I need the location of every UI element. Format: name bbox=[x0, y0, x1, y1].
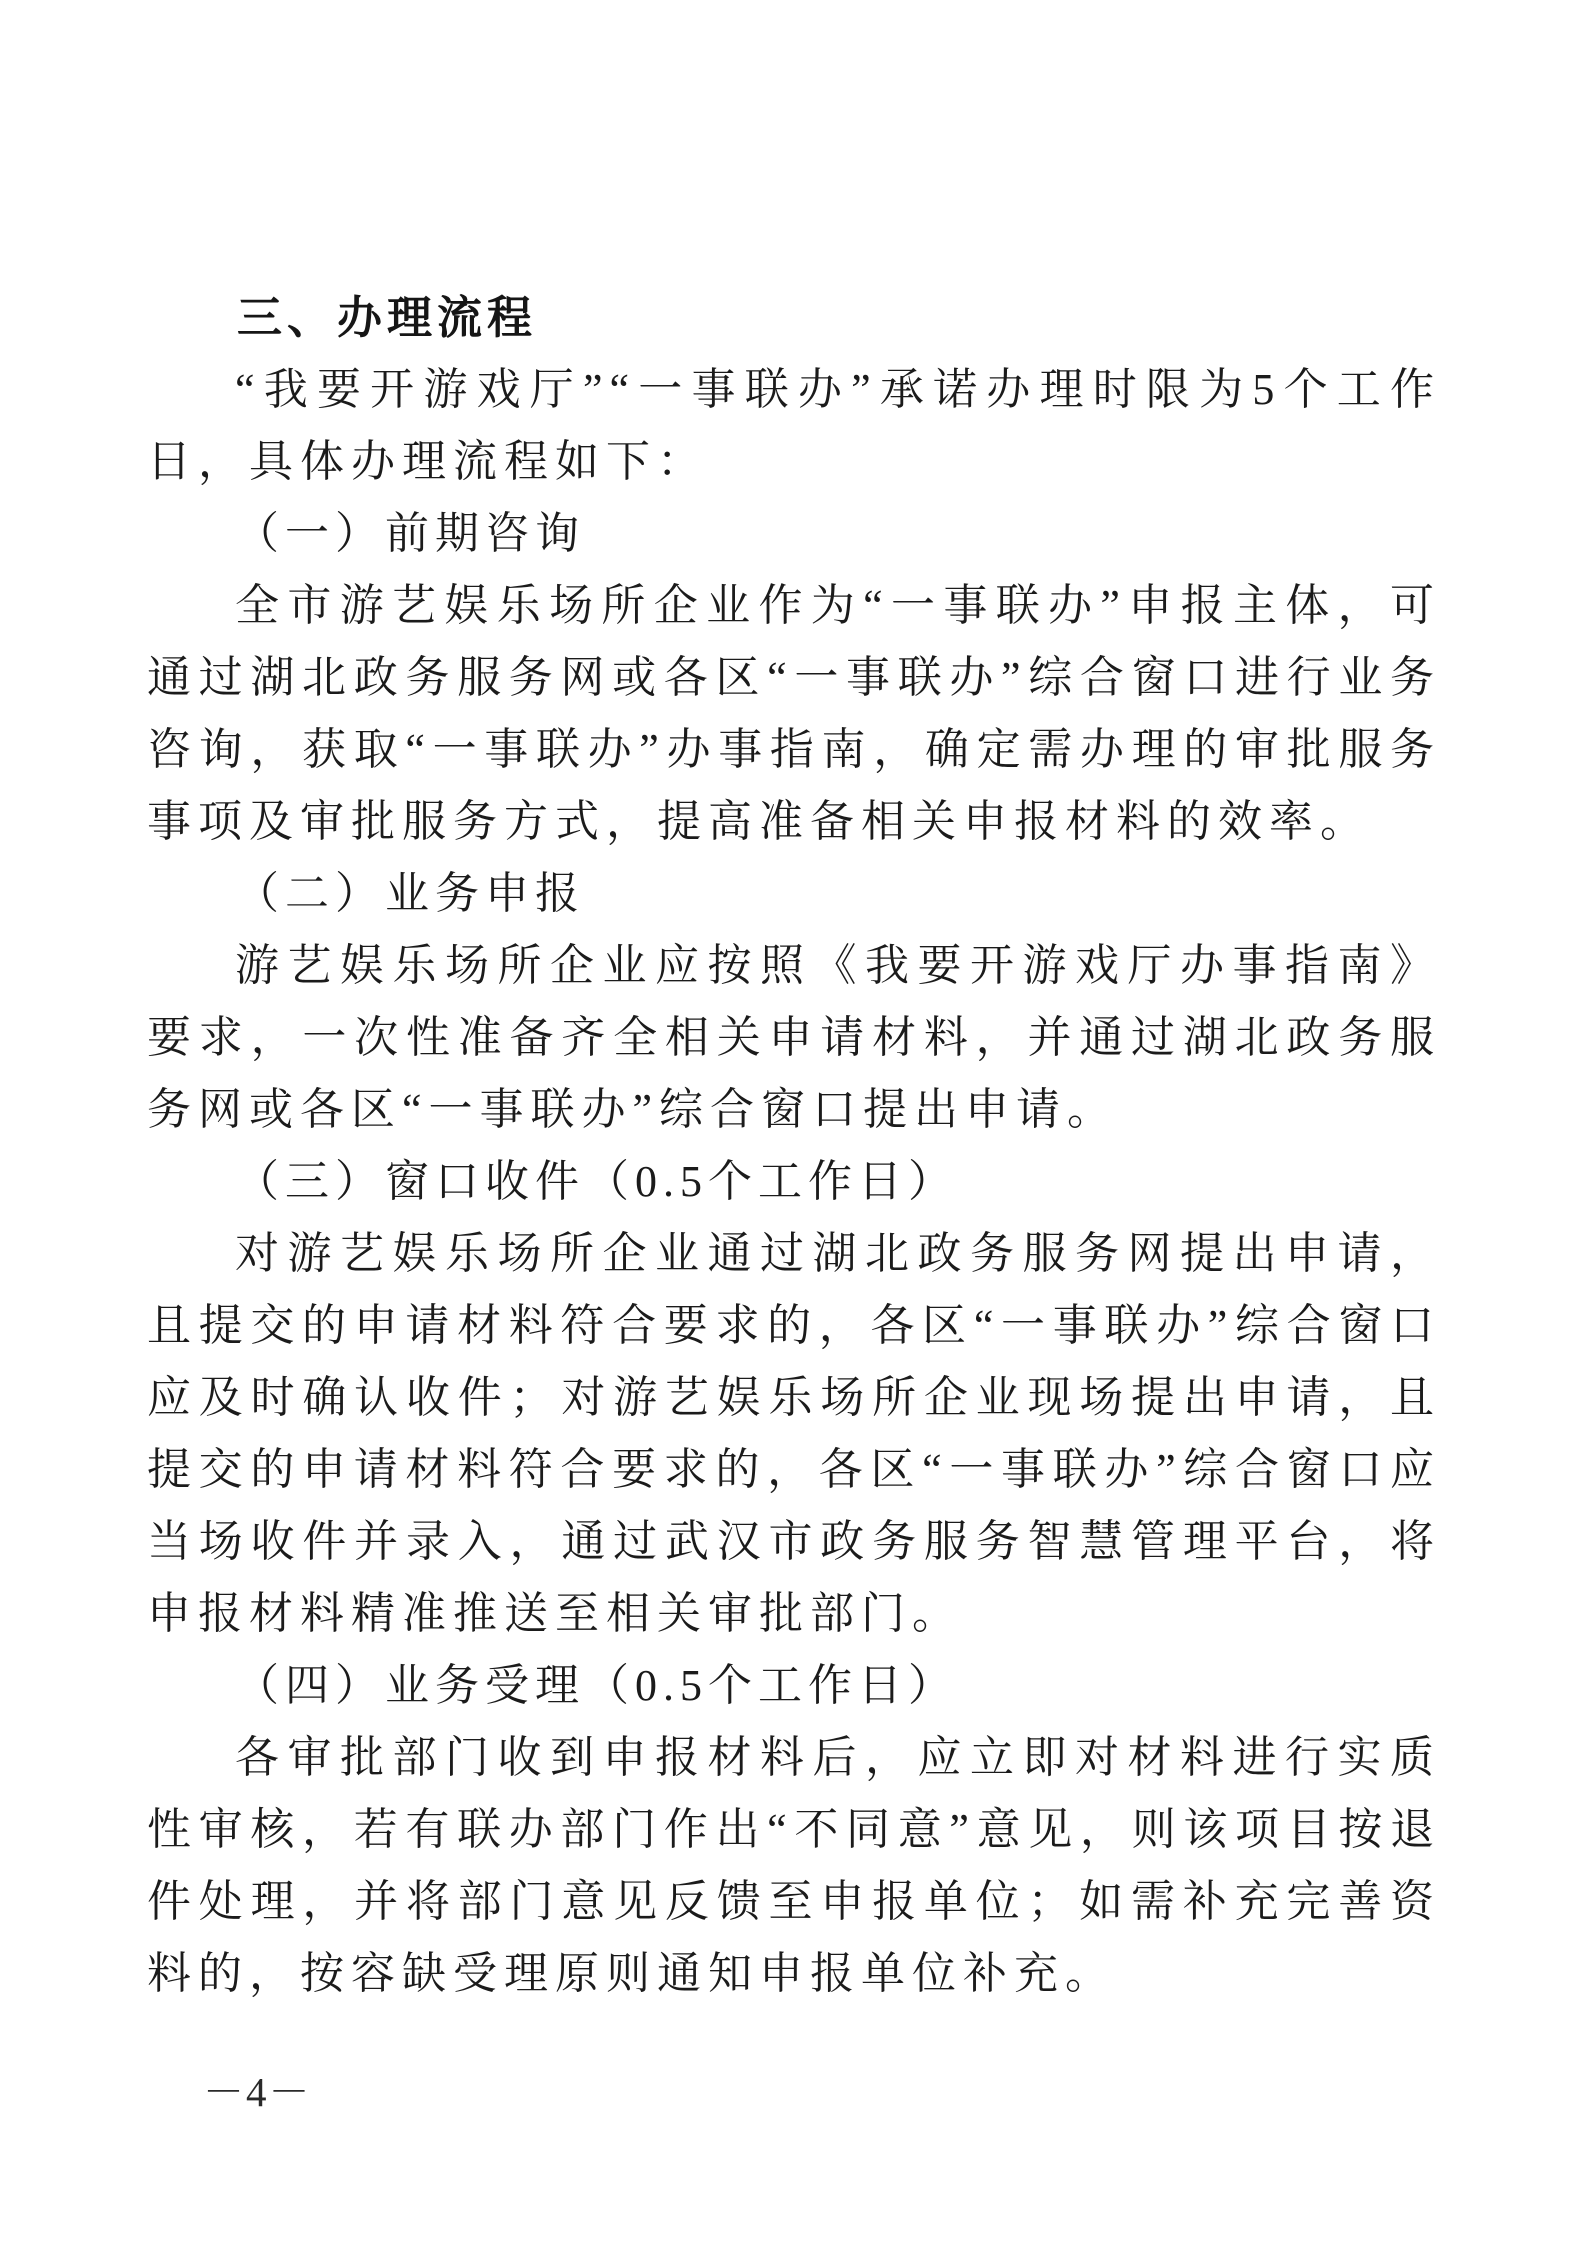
section-title: 三、办理流程 bbox=[147, 282, 1441, 354]
subsection-heading-4: （四）业务受理（0.5个工作日） bbox=[147, 1650, 1441, 1722]
document-page: 三、办理流程 “我要开游戏厅”“一事联办”承诺办理时限为5个工作日，具体办理流程… bbox=[0, 0, 1587, 2245]
paragraph-consultation: 全市游艺娱乐场所企业作为“一事联办”申报主体，可通过湖北政务服务网或各区“一事联… bbox=[147, 570, 1441, 858]
paragraph-intro: “我要开游戏厅”“一事联办”承诺办理时限为5个工作日，具体办理流程如下： bbox=[147, 354, 1441, 498]
subsection-heading-3: （三）窗口收件（0.5个工作日） bbox=[147, 1146, 1441, 1218]
paragraph-window-intake: 对游艺娱乐场所企业通过湖北政务服务网提出申请，且提交的申请材料符合要求的，各区“… bbox=[147, 1218, 1441, 1650]
page-number: －4－ bbox=[203, 2062, 312, 2122]
subsection-heading-2: （二）业务申报 bbox=[147, 858, 1441, 930]
subsection-heading-1: （一）前期咨询 bbox=[147, 498, 1441, 570]
paragraph-application: 游艺娱乐场所企业应按照《我要开游戏厅办事指南》要求，一次性准备齐全相关申请材料，… bbox=[147, 930, 1441, 1146]
paragraph-acceptance: 各审批部门收到申报材料后，应立即对材料进行实质性审核，若有联办部门作出“不同意”… bbox=[147, 1722, 1441, 2010]
document-body: 三、办理流程 “我要开游戏厅”“一事联办”承诺办理时限为5个工作日，具体办理流程… bbox=[147, 282, 1441, 2010]
